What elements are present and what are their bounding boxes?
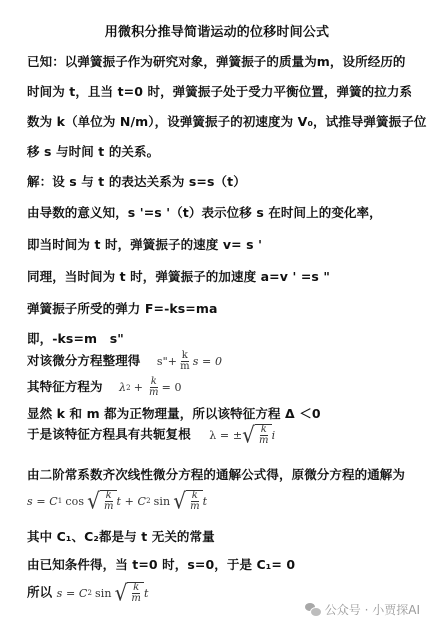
formula-text: s"+ xyxy=(157,355,177,368)
final-label: 所以 xyxy=(27,585,52,600)
radicand: k m xyxy=(255,424,272,446)
radical-sign: √ xyxy=(173,490,186,512)
formula-text: t + C xyxy=(117,495,147,508)
sqrt: √ k m xyxy=(87,490,116,512)
fraction-k-over-m: k m xyxy=(179,351,191,372)
ode-line: 对该微分方程整理得 s"+ k m s = 0 xyxy=(27,351,222,372)
ode-formula: s"+ k m s = 0 xyxy=(157,351,222,372)
text-line: 由二阶常系数齐次线性微分方程的通解公式得，原微分方程的通解为 xyxy=(27,465,405,483)
watermark-text: 公众号 · 小贾探AI xyxy=(325,601,420,618)
document-page: 用微积分推导简谐运动的位移时间公式 已知：以弹簧振子作为研究对象，弹簧振子的质量… xyxy=(0,0,434,628)
denominator: m xyxy=(103,502,115,512)
text-line: 解：设 s 与 t 的表达关系为 s=s（t） xyxy=(27,172,246,190)
denominator: m xyxy=(179,362,191,372)
radicand: k m xyxy=(127,582,144,604)
subscript: 2 xyxy=(87,589,92,597)
characteristic-label: 其特征方程为 xyxy=(27,379,103,394)
final-formula: s = C2 sin √ k m t xyxy=(57,582,149,604)
formula-text: sin xyxy=(95,587,112,600)
radical-sign: √ xyxy=(115,582,128,604)
text-line: 同理，当时间为 t 时，弹簧振子的加速度 a=v ' =s " xyxy=(27,267,330,285)
fraction-k-over-m: k m xyxy=(189,491,201,512)
text-line: 弹簧振子所受的弹力 F=-ks=ma xyxy=(27,299,218,317)
text-line: 时间为 t，且当 t=0 时，弹簧振子处于受力平衡位置，弹簧的拉力系 xyxy=(27,82,412,100)
denominator: m xyxy=(258,436,270,446)
general-solution-line: s = C1 cos √ k m t + C2 sin √ k m xyxy=(27,490,207,512)
denominator: m xyxy=(189,502,201,512)
superscript: 2 xyxy=(126,384,131,392)
text-line: 显然 k 和 m 都为正物理量，所以该特征方程 Δ ＜0 xyxy=(27,404,321,422)
formula-text: cos xyxy=(65,495,84,508)
formula-text: s = 0 xyxy=(193,355,222,368)
formula-text: s = C xyxy=(57,587,88,600)
denominator: m xyxy=(148,388,160,398)
text-line: 即当时间为 t 时，弹簧振子的速度 v= s ' xyxy=(27,235,262,253)
formula-text: = 0 xyxy=(162,381,182,394)
sqrt: √ k m xyxy=(242,424,271,446)
text-line: 已知：以弹簧振子作为研究对象，弹簧振子的质量为m，设所经历的 xyxy=(27,52,406,70)
fraction-k-over-m: k m xyxy=(130,583,142,604)
formula-text: + xyxy=(134,381,143,394)
text-line: 其中 C₁、C₂都是与 t 无关的常量 xyxy=(27,527,215,545)
formula-text: i xyxy=(272,429,276,442)
roots-line: 于是该特征方程具有共轭复根 λ = ± √ k m i xyxy=(27,424,275,446)
text-line: 由已知条件得，当 t=0 时，s=0，于是 C₁= 0 xyxy=(27,555,295,573)
general-solution-formula: s = C1 cos √ k m t + C2 sin √ k m xyxy=(27,490,207,512)
formula-text: t xyxy=(203,495,208,508)
sqrt: √ k m xyxy=(115,582,144,604)
wechat-icon xyxy=(305,603,321,616)
roots-formula: λ = ± √ k m i xyxy=(209,424,275,446)
formula-text: s = C xyxy=(27,495,58,508)
characteristic-line: 其特征方程为 λ2 + k m = 0 xyxy=(27,377,182,398)
formula-text: λ = ± xyxy=(209,429,242,442)
text-line: 数为 k（单位为 N/m），设弹簧振子的初速度为 V₀，试推导弹簧振子位 xyxy=(27,112,426,130)
document-title: 用微积分推导简谐运动的位移时间公式 xyxy=(0,21,434,40)
sqrt: √ k m xyxy=(173,490,202,512)
ode-label: 对该微分方程整理得 xyxy=(27,353,140,368)
radicand: k m xyxy=(100,490,117,512)
radical-sign: √ xyxy=(242,424,255,446)
fraction-k-over-m: k m xyxy=(103,491,115,512)
text-line: 由导数的意义知，s '=s '（t）表示位移 s 在时间上的变化率， xyxy=(27,203,382,221)
formula-text: λ xyxy=(119,381,126,394)
roots-label: 于是该特征方程具有共轭复根 xyxy=(27,427,191,442)
subscript: 1 xyxy=(58,497,63,505)
text-line: 移 s 与时间 t 的关系。 xyxy=(27,142,159,160)
text-line: 即，-ks=m s" xyxy=(27,329,124,347)
fraction-k-over-m: k m xyxy=(258,425,270,446)
radical-sign: √ xyxy=(87,490,100,512)
final-line: 所以 s = C2 sin √ k m t xyxy=(27,582,149,604)
watermark: 公众号 · 小贾探AI xyxy=(305,601,420,618)
fraction-k-over-m: k m xyxy=(148,377,160,398)
formula-text: t xyxy=(144,587,149,600)
subscript: 2 xyxy=(146,497,151,505)
denominator: m xyxy=(130,594,142,604)
radicand: k m xyxy=(186,490,203,512)
characteristic-formula: λ2 + k m = 0 xyxy=(119,377,182,398)
formula-text: sin xyxy=(154,495,171,508)
